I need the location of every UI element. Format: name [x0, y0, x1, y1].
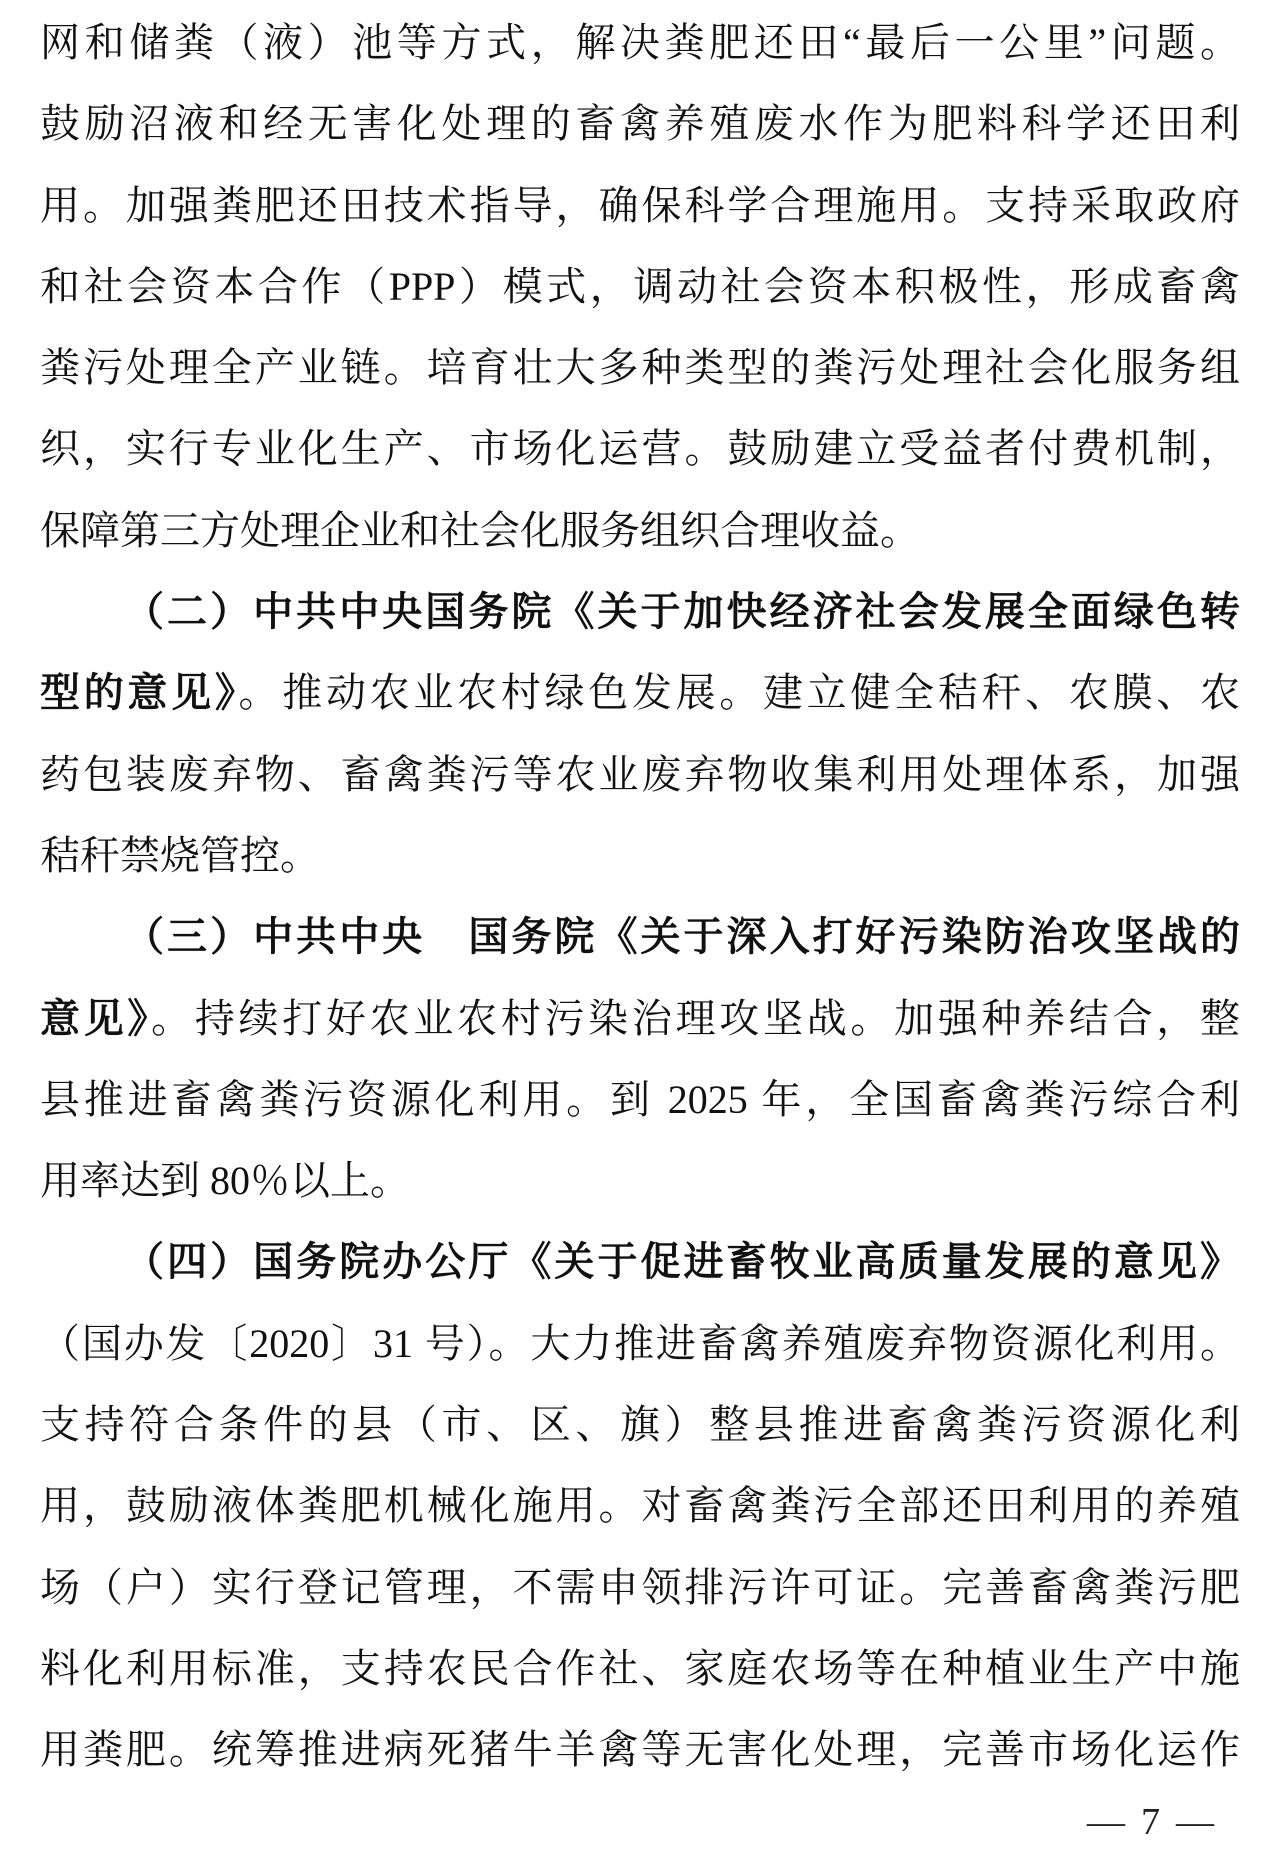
body-text-segment: 。持续打好农业农村污染治理攻坚战。加强种养结合，整 [151, 996, 1240, 1041]
body-text-segment: 用率达到 80％以上。 [40, 1158, 410, 1203]
text-line: （四）国务院办公厅《关于促进畜牧业高质量发展的意见》 [40, 1221, 1240, 1302]
text-line: 粪污处理全产业链。培育壮大多种类型的粪污处理社会化服务组 [40, 327, 1240, 408]
body-text-segment: 秸秆禁烧管控。 [40, 833, 320, 878]
text-line: （三）中共中央 国务院《关于深入打好污染防治攻坚战的 [40, 896, 1240, 977]
body-text-segment: 料化利用标准，支持农民合作社、家庭农场等在种植业生产中施 [40, 1646, 1240, 1691]
body-text-segment: 药包装废弃物、畜禽粪污等农业废弃物收集利用处理体系，加强 [40, 752, 1240, 797]
text-line: 型的意见》。推动农业农村绿色发展。建立健全秸秆、农膜、农 [40, 652, 1240, 733]
footer-dash-right: — [1176, 1801, 1214, 1843]
document-body: 网和储粪（液）池等方式，解决粪肥还田“最后一公里”问题。鼓励沼液和经无害化处理的… [40, 2, 1240, 1791]
body-text-segment: 用，鼓励液体粪肥机械化施用。对畜禽粪污全部还田利用的养殖 [40, 1483, 1240, 1528]
text-line: 支持符合条件的县（市、区、旗）整县推进畜禽粪污资源化利 [40, 1384, 1240, 1465]
text-line: 织，实行专业化生产、市场化运营。鼓励建立受益者付费机制， [40, 408, 1240, 489]
text-line: （国办发〔2020〕31 号）。大力推进畜禽养殖废弃物资源化利用。 [40, 1303, 1240, 1384]
body-text-segment: 网和储粪（液）池等方式，解决粪肥还田“最后一公里”问题。 [40, 20, 1240, 65]
heading-text-segment: 型的意见》 [40, 670, 239, 715]
text-line: 料化利用标准，支持农民合作社、家庭农场等在种植业生产中施 [40, 1628, 1240, 1709]
text-line: 鼓励沼液和经无害化处理的畜禽养殖废水作为肥料科学还田利 [40, 83, 1240, 164]
heading-text-segment: （三）中共中央 国务院《关于深入打好污染防治攻坚战的 [124, 914, 1240, 959]
text-line: 保障第三方处理企业和社会化服务组织合理收益。 [40, 490, 1240, 571]
footer-dash-left: — [1087, 1801, 1125, 1843]
body-text-segment: 织，实行专业化生产、市场化运营。鼓励建立受益者付费机制， [40, 426, 1240, 471]
body-text-segment: 场（户）实行登记管理，不需申领排污许可证。完善畜禽粪污肥 [40, 1565, 1240, 1610]
text-line: 药包装废弃物、畜禽粪污等农业废弃物收集利用处理体系，加强 [40, 734, 1240, 815]
page-number: 7 [1141, 1801, 1160, 1843]
text-line: 场（户）实行登记管理，不需申领排污许可证。完善畜禽粪污肥 [40, 1547, 1240, 1628]
page-footer: —7— [1087, 1792, 1214, 1852]
body-text-segment: 。推动农业农村绿色发展。建立健全秸秆、农膜、农 [239, 670, 1240, 715]
body-text-segment: 和社会资本合作（PPP）模式，调动社会资本积极性，形成畜禽 [40, 264, 1240, 309]
body-text-segment: 县推进畜禽粪污资源化利用。到 2025 年，全国畜禽粪污综合利 [40, 1077, 1240, 1122]
document-page: 网和储粪（液）池等方式，解决粪肥还田“最后一公里”问题。鼓励沼液和经无害化处理的… [0, 0, 1280, 1861]
text-line: 和社会资本合作（PPP）模式，调动社会资本积极性，形成畜禽 [40, 246, 1240, 327]
body-text-segment: （国办发〔2020〕31 号）。大力推进畜禽养殖废弃物资源化利用。 [40, 1321, 1240, 1366]
heading-text-segment: （二）中共中央国务院《关于加快经济社会发展全面绿色转 [124, 589, 1240, 634]
text-line: 用粪肥。统筹推进病死猪牛羊禽等无害化处理，完善市场化运作 [40, 1709, 1240, 1790]
body-text-segment: 支持符合条件的县（市、区、旗）整县推进畜禽粪污资源化利 [40, 1402, 1240, 1447]
heading-text-segment: （四）国务院办公厅《关于促进畜牧业高质量发展的意见》 [124, 1239, 1240, 1284]
body-text-segment: 用粪肥。统筹推进病死猪牛羊禽等无害化处理，完善市场化运作 [40, 1727, 1240, 1772]
text-line: 意见》。持续打好农业农村污染治理攻坚战。加强种养结合，整 [40, 978, 1240, 1059]
body-text-segment: 粪污处理全产业链。培育壮大多种类型的粪污处理社会化服务组 [40, 345, 1240, 390]
text-line: （二）中共中央国务院《关于加快经济社会发展全面绿色转 [40, 571, 1240, 652]
text-line: 网和储粪（液）池等方式，解决粪肥还田“最后一公里”问题。 [40, 2, 1240, 83]
body-text-segment: 鼓励沼液和经无害化处理的畜禽养殖废水作为肥料科学还田利 [40, 101, 1240, 146]
body-text-segment: 保障第三方处理企业和社会化服务组织合理收益。 [40, 508, 920, 553]
text-line: 用。加强粪肥还田技术指导，确保科学合理施用。支持采取政府 [40, 165, 1240, 246]
text-line: 秸秆禁烧管控。 [40, 815, 1240, 896]
body-text-segment: 用。加强粪肥还田技术指导，确保科学合理施用。支持采取政府 [40, 183, 1240, 228]
heading-text-segment: 意见》 [40, 996, 151, 1041]
text-line: 用，鼓励液体粪肥机械化施用。对畜禽粪污全部还田利用的养殖 [40, 1465, 1240, 1546]
text-line: 县推进畜禽粪污资源化利用。到 2025 年，全国畜禽粪污综合利 [40, 1059, 1240, 1140]
text-line: 用率达到 80％以上。 [40, 1140, 1240, 1221]
